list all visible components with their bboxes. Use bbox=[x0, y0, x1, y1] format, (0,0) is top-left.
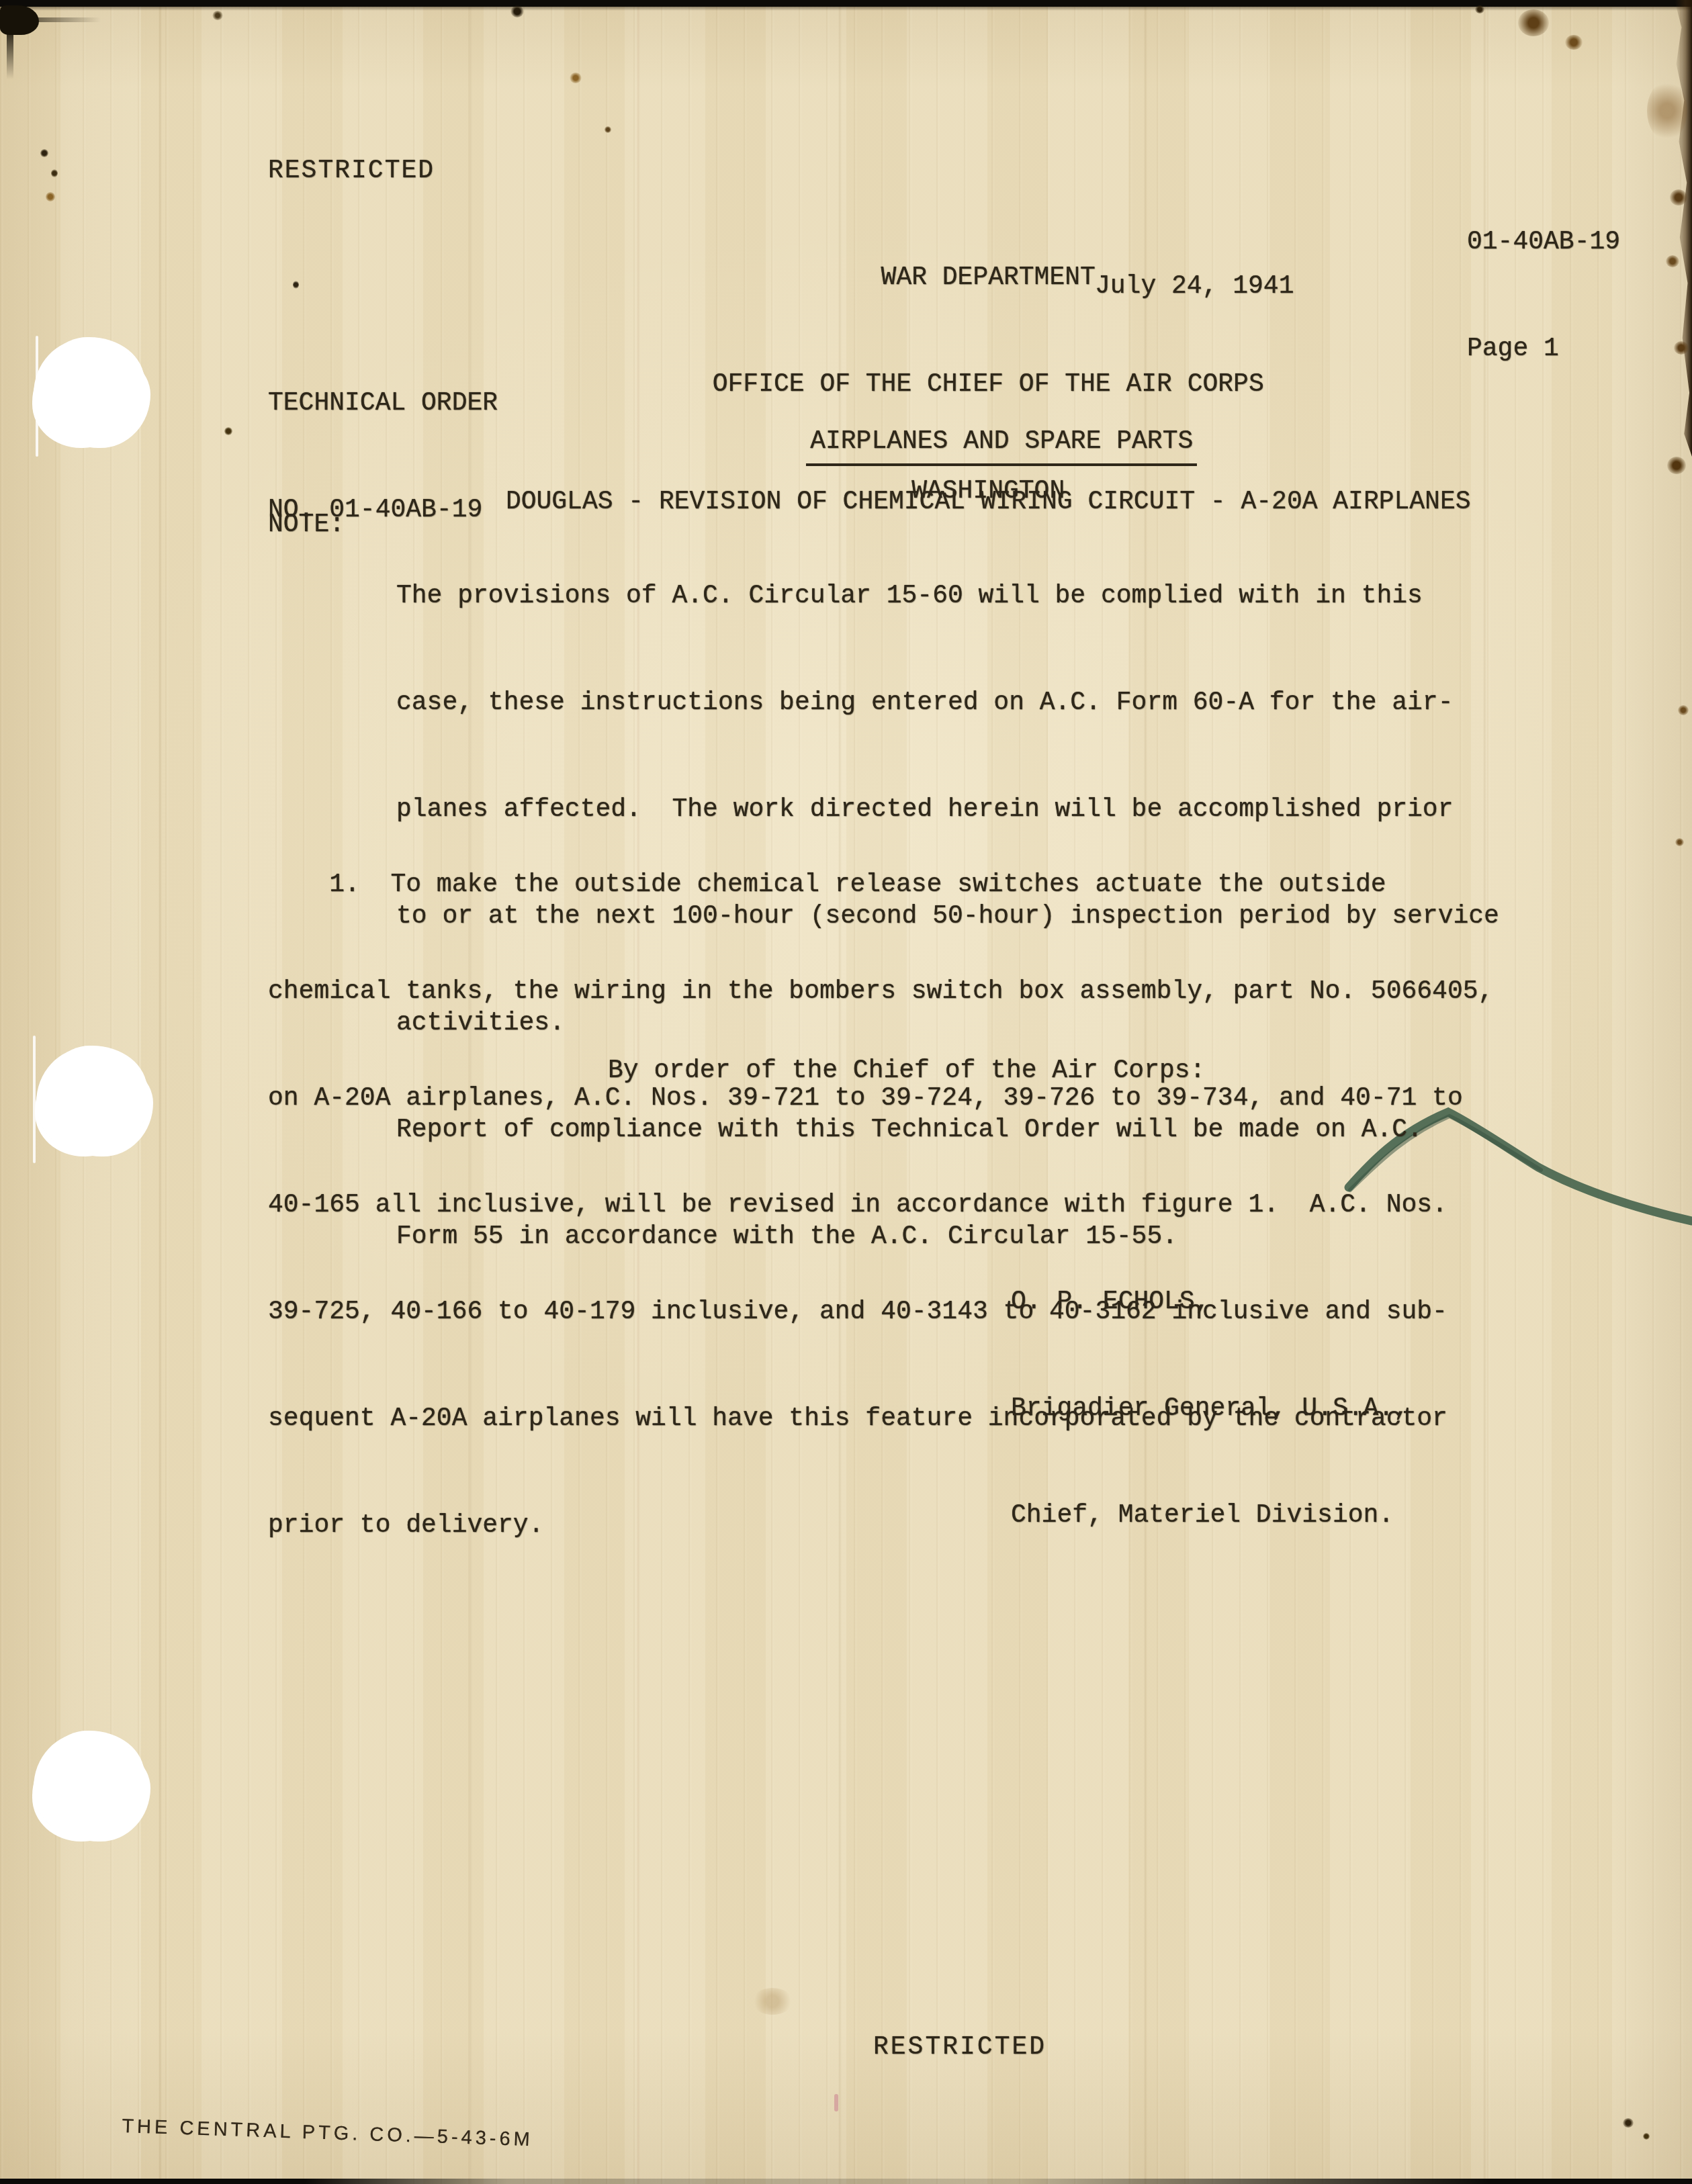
stain bbox=[834, 2094, 838, 2111]
doc-number: 01-40AB-19 bbox=[1467, 224, 1620, 260]
stain bbox=[570, 73, 582, 83]
stain bbox=[212, 11, 223, 20]
note-line: case, these instructions being entered o… bbox=[396, 685, 1499, 721]
signature-title: Chief, Materiel Division. bbox=[1011, 1498, 1409, 1533]
scan-edge-bottom bbox=[0, 2179, 1692, 2184]
signature-rank: Brigadier General, U.S.A., bbox=[1011, 1391, 1409, 1426]
signature-name: O. P. ECHOLS, bbox=[1011, 1284, 1409, 1320]
stain bbox=[46, 192, 55, 201]
punch-hole bbox=[34, 339, 146, 447]
stain bbox=[1666, 255, 1679, 267]
doc-number-block: 01-40AB-19 Page 1 bbox=[1467, 153, 1620, 438]
paragraph-line: chemical tanks, the wiring in the bomber… bbox=[268, 974, 1493, 1009]
classification-bottom: RESTRICTED bbox=[873, 2030, 1047, 2065]
ink-streak-top-left bbox=[0, 17, 101, 22]
stain bbox=[1678, 705, 1689, 715]
scan-edge-top bbox=[0, 0, 1692, 7]
paragraph-line: 1. To make the outside chemical release … bbox=[268, 867, 1493, 903]
stain bbox=[605, 126, 611, 133]
document-page: RESTRICTED WAR DEPARTMENT OFFICE OF THE … bbox=[0, 0, 1692, 2184]
stain bbox=[1518, 9, 1549, 36]
stain bbox=[1675, 838, 1684, 846]
scratch-mark bbox=[33, 1036, 36, 1163]
stain bbox=[224, 427, 232, 435]
stain bbox=[1565, 35, 1583, 50]
stain bbox=[1623, 2118, 1634, 2128]
stain bbox=[752, 1988, 793, 2015]
printer-imprint: THE CENTRAL PTG. CO.—5-43-6M bbox=[122, 2115, 533, 2151]
classification-top: RESTRICTED bbox=[268, 153, 435, 189]
punch-hole bbox=[34, 1733, 146, 1840]
punch-hole bbox=[36, 1048, 149, 1155]
note-line: The provisions of A.C. Circular 15-60 wi… bbox=[396, 578, 1499, 614]
signature-block: O. P. ECHOLS, Brigadier General, U.S.A.,… bbox=[1011, 1213, 1409, 1604]
by-order-line: By order of the Chief of the Air Corps: bbox=[608, 1053, 1205, 1089]
note-label: NOTE: bbox=[268, 507, 345, 543]
page-number: Page 1 bbox=[1467, 331, 1620, 367]
stain bbox=[40, 149, 48, 157]
stain bbox=[293, 281, 299, 289]
technical-order-label: TECHNICAL ORDER bbox=[268, 385, 498, 421]
date-line: July 24, 1941 bbox=[1095, 269, 1294, 304]
scratch-mark bbox=[36, 336, 38, 457]
stain bbox=[1643, 2133, 1650, 2140]
stain bbox=[51, 169, 58, 177]
torn-right-edge bbox=[1675, 0, 1692, 457]
